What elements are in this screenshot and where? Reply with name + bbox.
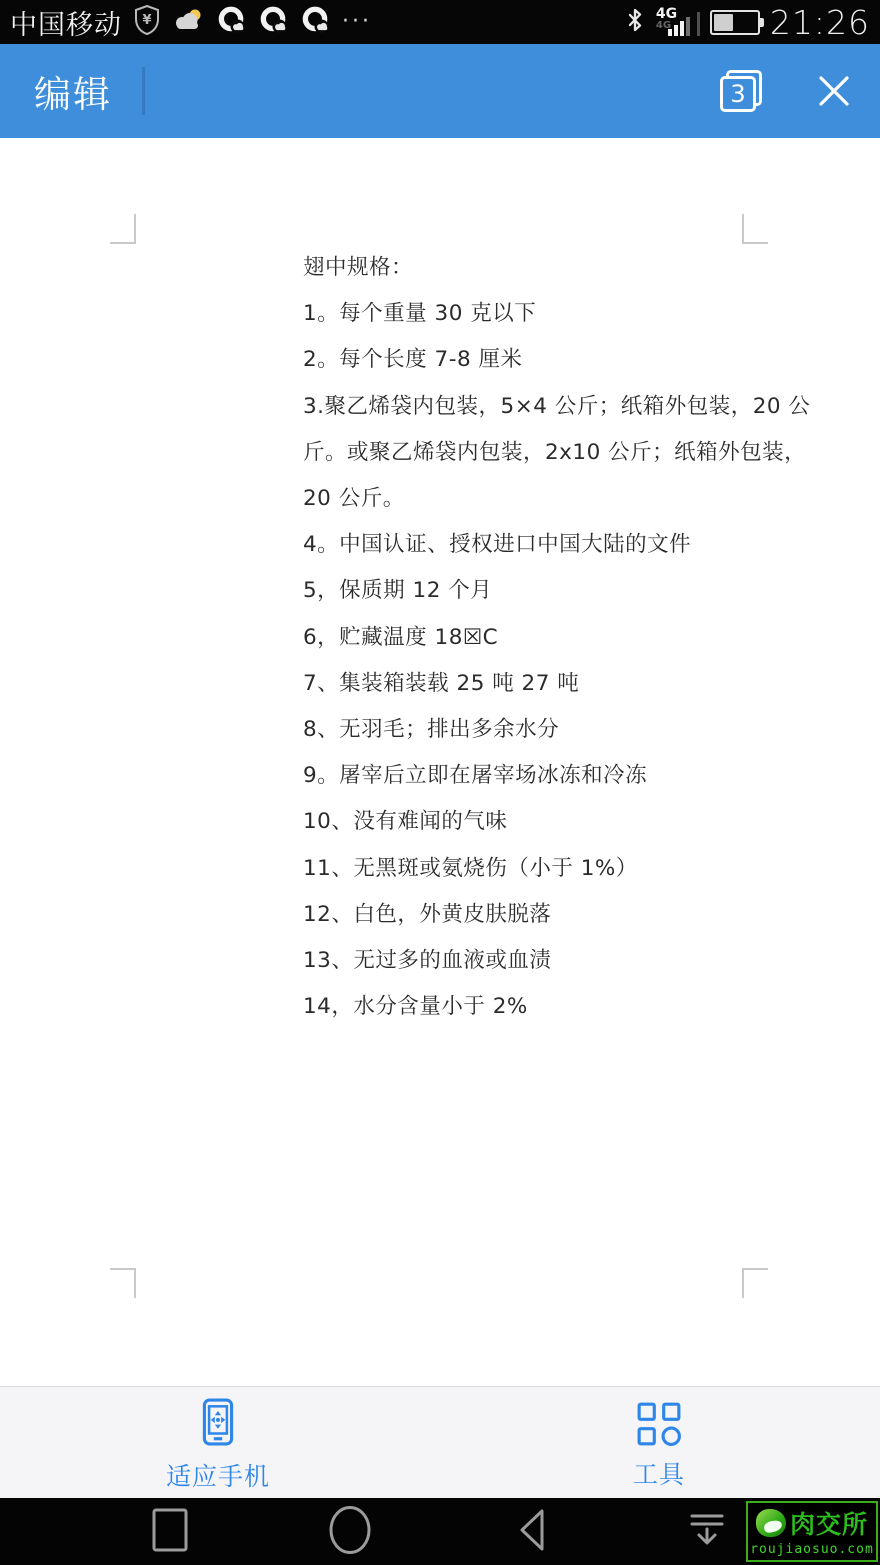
document-line: 6，贮藏温度 18☒C [303,615,773,661]
watermark-badge: 肉交所 roujiaosuo.com [746,1501,878,1562]
battery-icon [710,10,760,35]
page-corner-mark-bottom-left [110,1268,136,1298]
status-bar: 中国移动 ¥ ··· 4G 4G [0,0,880,44]
document-line: 5，保质期 12 个月 [303,568,773,614]
toolbar-divider [142,67,145,115]
hide-navbar-icon[interactable] [689,1512,725,1552]
signal-bars-icon: 4G 4G [656,6,700,38]
android-nav-bar: 肉交所 roujiaosuo.com [0,1498,880,1565]
document-line: 20 公斤。 [303,476,773,522]
app-ring-icon [258,5,288,39]
close-icon[interactable] [814,71,854,111]
document-line: 翅中规格： [303,245,773,291]
bluetooth-icon [624,6,646,38]
document-line: 9。屠宰后立即在屠宰场冰冻和冷冻 [303,753,773,799]
document-line: 4。中国认证、授权进口中国大陆的文件 [303,522,773,568]
pages-icon-front-sheet: 3 [720,76,756,112]
tools-grid-icon [636,1401,682,1451]
document-line: 14，水分含量小于 2% [303,984,773,1030]
bottom-toolbar: 适应手机 工具 [0,1386,880,1498]
page-corner-mark-top-right [742,214,768,244]
edit-button-label: 编辑 [34,64,112,118]
shield-yen-icon: ¥ [134,5,160,39]
app-ring-icon [300,5,330,39]
document-line: 13、无过多的血液或血渍 [303,938,773,984]
document-line: 7、集装箱装载 25 吨 27 吨 [303,661,773,707]
document-page[interactable]: 翅中规格：1。每个重量 30 克以下2。每个长度 7-8 厘米3.聚乙烯袋内包装… [0,138,880,1386]
fit-phone-button[interactable]: 适应手机 [166,1395,270,1493]
watermark-name: 肉交所 [790,1505,868,1541]
recents-icon[interactable] [151,1507,189,1557]
fit-phone-label: 适应手机 [166,1457,270,1493]
home-icon[interactable] [327,1504,373,1560]
carrier-label: 中国移动 [10,3,122,42]
document-line: 12、白色，外黄皮肤脱落 [303,892,773,938]
app-toolbar: 编辑 3 [0,44,880,138]
page-corner-mark-top-left [110,214,136,244]
more-notifications-icon: ··· [342,0,372,44]
svg-text:¥: ¥ [142,13,151,28]
document-line: 8、无羽毛；排出多余水分 [303,707,773,753]
document-line: 11、无黑斑或氨烧伤（小于 1%） [303,846,773,892]
document-line: 10、没有难闻的气味 [303,799,773,845]
tools-button[interactable]: 工具 [633,1401,685,1491]
phone-screen: 中国移动 ¥ ··· 4G 4G [0,0,880,1565]
pages-icon[interactable]: 3 [720,70,762,112]
fit-phone-icon [195,1395,241,1453]
document-line: 1。每个重量 30 克以下 [303,291,773,337]
tools-label: 工具 [633,1455,685,1491]
watermark-domain: roujiaosuo.com [750,1542,874,1557]
document-line: 斤。或聚乙烯袋内包装，2x10 公斤；纸箱外包装， [303,430,773,476]
status-clock: 21:26 [770,3,870,42]
back-icon[interactable] [513,1505,553,1559]
app-ring-icon [216,5,246,39]
watermark-logo-icon [756,1509,786,1537]
document-text[interactable]: 翅中规格：1。每个重量 30 克以下2。每个长度 7-8 厘米3.聚乙烯袋内包装… [303,245,773,1030]
page-corner-mark-bottom-right [742,1268,768,1298]
page-count-badge: 3 [730,80,745,108]
weather-cloud-icon [172,7,204,37]
document-line: 2。每个长度 7-8 厘米 [303,337,773,383]
document-line: 3.聚乙烯袋内包装，5×4 公斤；纸箱外包装，20 公 [303,384,773,430]
edit-button[interactable]: 编辑 [0,44,142,138]
